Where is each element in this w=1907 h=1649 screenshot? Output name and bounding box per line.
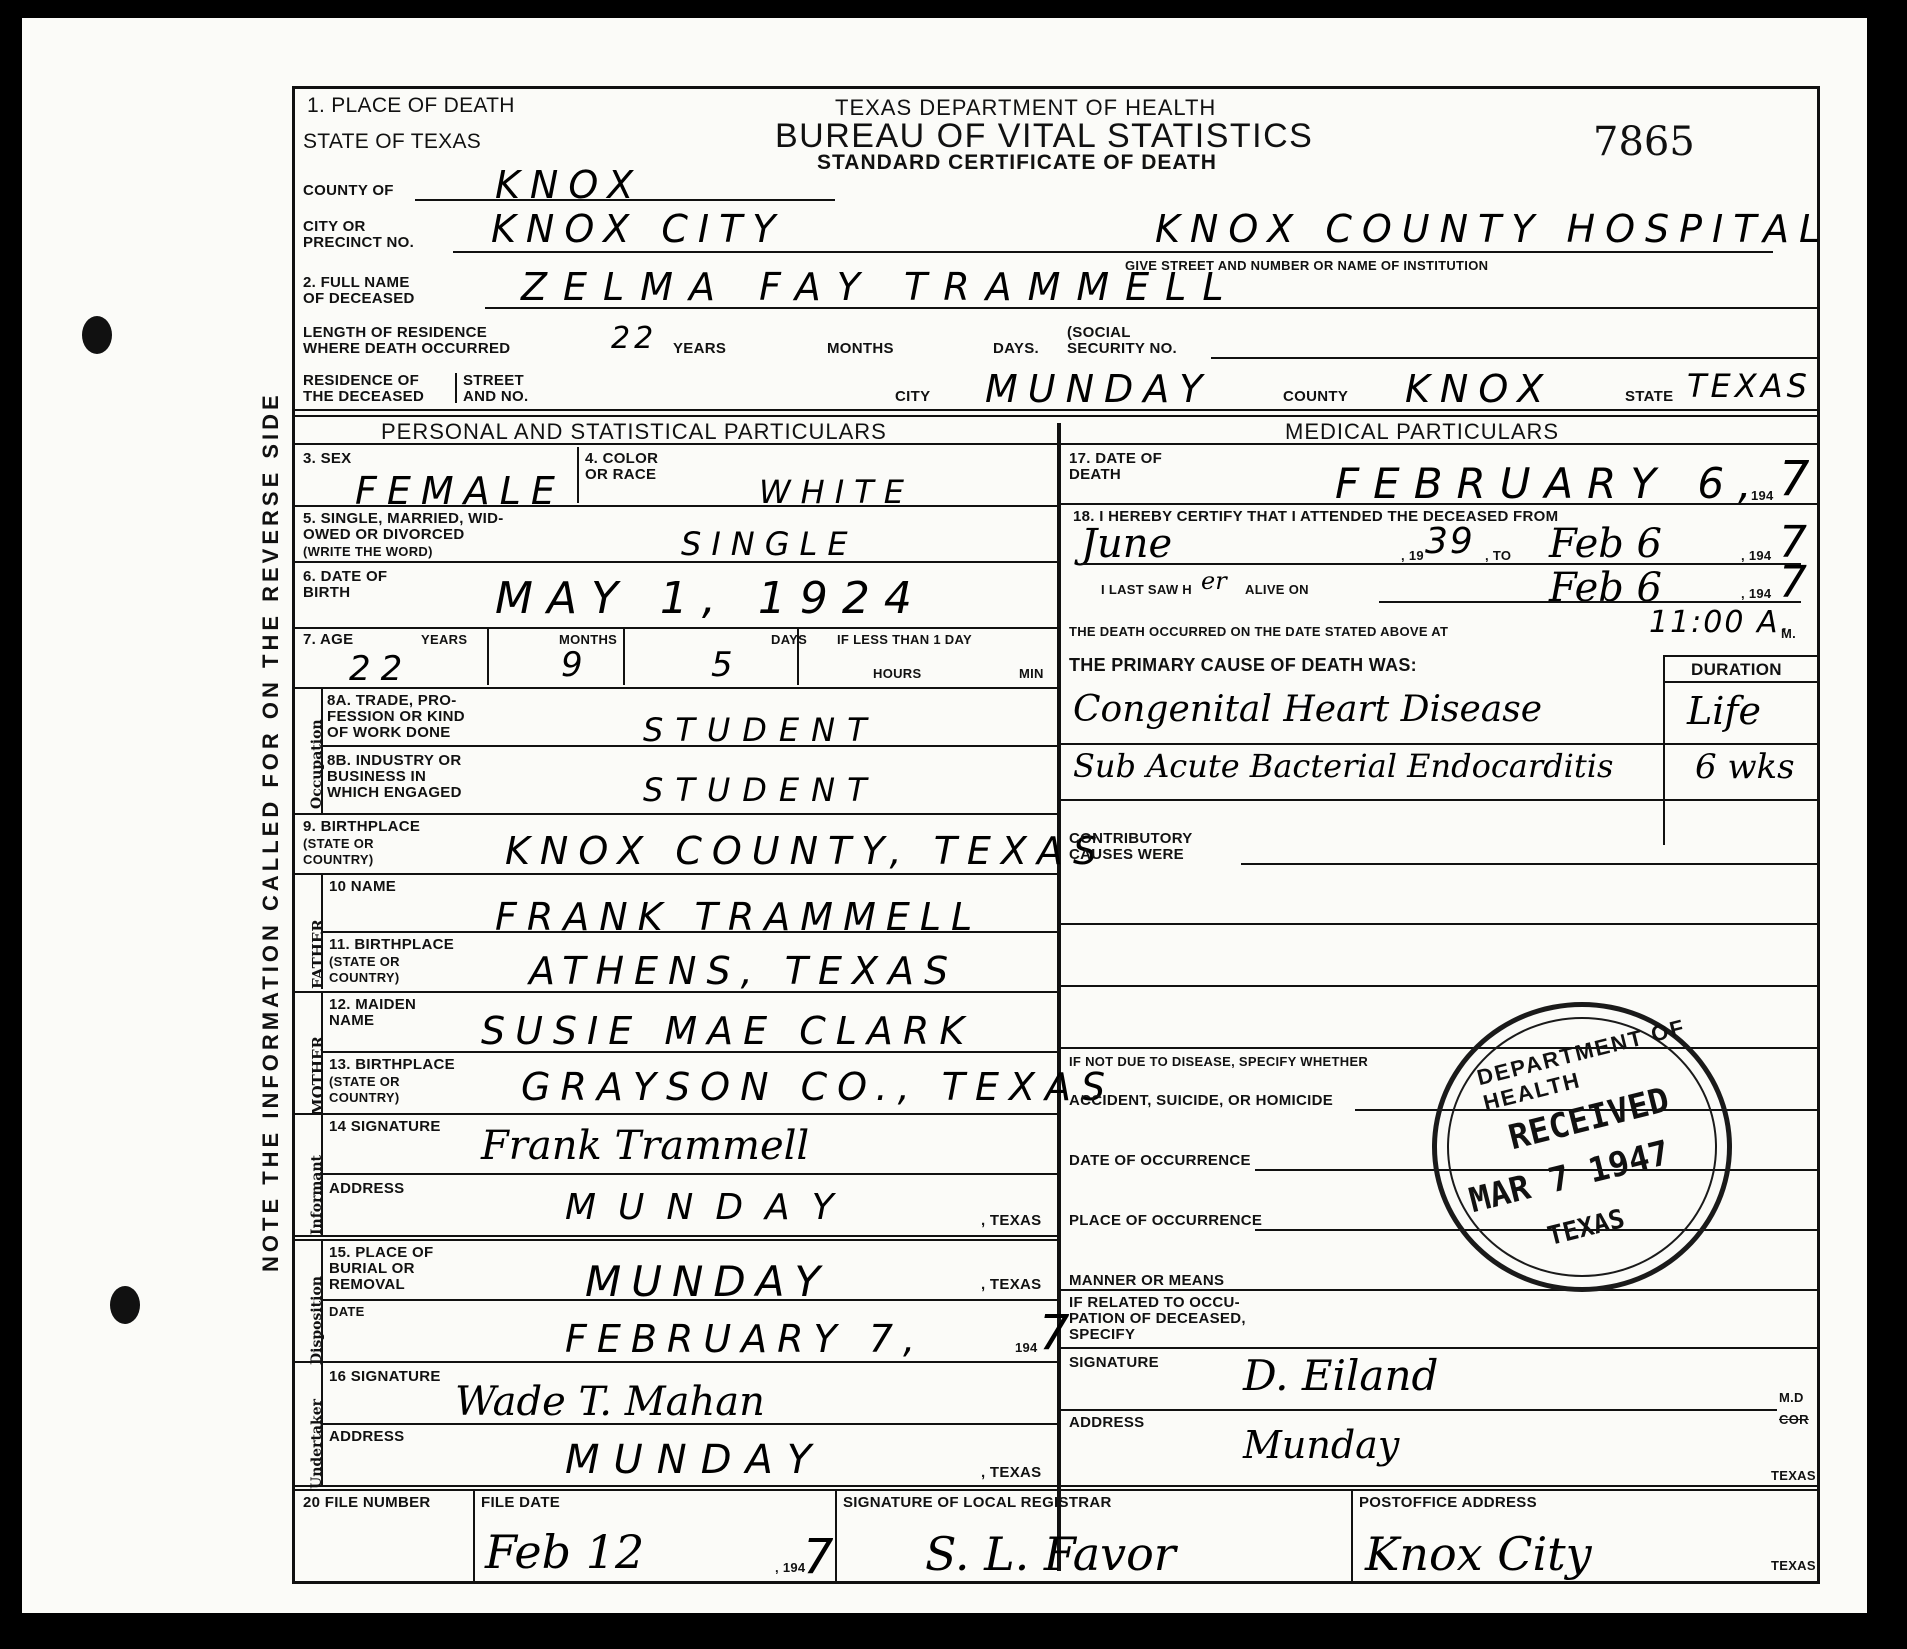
industry-label-3: WHICH ENGAGED [327,785,462,801]
father-birthplace-label-1: 11. BIRTHPLACE [329,937,454,953]
father-birthplace-value: ATHENS, TEXAS [529,949,958,993]
informant-address-value: MUNDAY [565,1187,856,1228]
industry-label-2: BUSINESS IN [327,769,426,785]
residence-state-value: TEXAS [1687,367,1811,405]
physician-address-value: Munday [1243,1423,1399,1467]
trade-label-2: FESSION OR KIND [327,709,465,725]
personal-section-title: PERSONAL AND STATISTICAL PARTICULARS [381,419,887,445]
age-years-label: YEARS [421,633,467,647]
dod-value: FEBRUARY 6, [1335,459,1765,508]
postoffice-value: Knox City [1365,1527,1592,1581]
accident-label: ACCIDENT, SUICIDE, OR HOMICIDE [1069,1093,1333,1109]
mother-birthplace-value: GRAYSON CO., TEXAS [521,1065,1115,1109]
mother-name-value: SUSIE MAE CLARK [481,1009,974,1053]
file-number-label: 20 FILE NUMBER [303,1495,431,1511]
residence-state-label: STATE [1625,389,1673,405]
md-label: M.D [1779,1391,1804,1405]
industry-label-1: 8B. INDUSTRY OR [327,753,462,769]
days-label: DAYS. [993,341,1039,357]
certificate-number: 7865 [1593,119,1695,165]
burial-date-label: DATE [329,1305,365,1319]
less-than-day-label: IF LESS THAN 1 DAY [837,633,972,647]
dod-year-prefix: 194 [1751,489,1774,503]
last-saw-year-prefix: , 194 [1741,587,1771,601]
race-label-1: 4. COLOR [585,451,658,467]
street-label-1: STREET [463,373,524,389]
hours-label: HOURS [873,667,921,681]
occurrence-place-label: PLACE OF OCCURRENCE [1069,1213,1262,1229]
age-months-value: 9 [561,645,593,685]
dod-label-1: 17. DATE OF [1069,451,1162,467]
occupation-related-label-3: SPECIFY [1069,1327,1135,1343]
manner-label: MANNER OR MEANS [1069,1273,1224,1289]
state-of-texas-label: STATE OF TEXAS [303,133,481,150]
dod-year-suffix: 7 [1779,451,1810,507]
undertaker-address-value: MUNDAY [565,1437,825,1483]
burial-label-1: 15. PLACE OF [329,1245,433,1261]
cor-label: COR [1779,1413,1809,1427]
mother-name-label-2: NAME [329,1013,374,1029]
birthplace-label-3: COUNTRY) [303,853,374,867]
attended-to-year-prefix: , 194 [1741,549,1771,563]
ssn-label-2: SECURITY NO. [1067,341,1177,357]
file-year-prefix: , 194 [775,1561,805,1575]
primary-cause-label: THE PRIMARY CAUSE OF DEATH WAS: [1069,657,1417,674]
father-tab: FATHER [309,919,327,989]
age-years-value: 22 [349,649,412,689]
dob-label-2: BIRTH [303,585,350,601]
birthplace-label-1: 9. BIRTHPLACE [303,819,420,835]
mother-birthplace-label-2: (STATE OR [329,1075,400,1089]
ssn-label-1: (SOCIAL [1067,325,1131,341]
sex-label: 3. SEX [303,451,352,467]
full-name-label-2: OF DECEASED [303,291,415,307]
city-of-death-value: KNOX CITY [491,207,786,251]
contributory-label-1: CONTRIBUTORY [1069,831,1193,847]
column-divider [1057,423,1061,1571]
institution-value: KNOX COUNTY HOSPITAL [1155,207,1830,251]
trade-label-3: OF WORK DONE [327,725,451,741]
deceased-full-name-value: ZELMA FAY TRAMMELL [521,265,1240,309]
burial-date-value: FEBRUARY 7, [565,1317,925,1361]
occurrence-date-label: DATE OF OCCURRENCE [1069,1153,1251,1169]
physician-address-label: ADDRESS [1069,1415,1144,1431]
attended-from-value: June [1081,521,1172,567]
death-certificate-form: 1. PLACE OF DEATH STATE OF TEXAS TEXAS D… [292,86,1820,1584]
primary-cause-2-value: Sub Acute Bacterial Endocarditis [1073,747,1613,785]
primary-cause-1-value: Congenital Heart Disease [1073,689,1542,730]
informant-state-label: , TEXAS [981,1213,1041,1229]
dod-label-2: DEATH [1069,467,1121,483]
punch-hole-top [82,316,112,354]
place-of-death-label: 1. PLACE OF DEATH [307,97,515,114]
duration-2-value: 6 wks [1695,747,1795,787]
last-saw-label-1: I LAST SAW H [1101,583,1192,597]
undertaker-state-label: , TEXAS [981,1465,1041,1481]
city-label-2: PRECINCT NO. [303,235,414,251]
time-of-death-label: THE DEATH OCCURRED ON THE DATE STATED AB… [1069,625,1448,639]
residence-label-2: THE DECEASED [303,389,424,405]
occupation-related-label-1: IF RELATED TO OCCU- [1069,1295,1240,1311]
postoffice-state-label: TEXAS [1771,1559,1816,1573]
months-label: MONTHS [827,341,894,357]
burial-year-suffix: 7 [1039,1305,1070,1361]
residence-label-1: RESIDENCE OF [303,373,419,389]
street-label-2: AND NO. [463,389,528,405]
mother-name-label-1: 12. MAIDEN [329,997,416,1013]
burial-state-label: , TEXAS [981,1277,1041,1293]
time-of-death-value: 11:00 A. [1649,605,1792,640]
residence-county-label: COUNTY [1283,389,1348,405]
informant-signature-value: Frank Trammell [481,1123,809,1169]
time-suffix: M. [1781,627,1796,641]
registrar-signature-value: S. L. Favor [925,1527,1176,1581]
duration-label: DURATION [1691,661,1782,678]
dob-label-1: 6. DATE OF [303,569,387,585]
undertaker-signature-value: Wade T. Mahan [455,1379,765,1425]
burial-year-prefix: 194 [1015,1341,1038,1355]
undertaker-address-label: ADDRESS [329,1429,404,1445]
residence-years-value: 22 [611,321,657,356]
trade-value: STUDENT [643,711,879,749]
medical-section-title: MEDICAL PARTICULARS [1285,419,1559,445]
attended-from-year-prefix: , 19 [1401,549,1424,563]
not-disease-label: IF NOT DUE TO DISEASE, SPECIFY WHETHER [1069,1055,1368,1069]
residence-county-value: KNOX [1405,367,1553,411]
punch-hole-bottom [110,1286,140,1324]
attended-to-value: Feb 6 [1549,521,1662,567]
father-name-label: 10 NAME [329,879,396,895]
industry-value: STUDENT [643,771,879,809]
reverse-side-note: NOTE THE INFORMATION CALLED FOR ON THE R… [258,391,284,1272]
informant-signature-label: 14 SIGNATURE [329,1119,441,1135]
birthplace-value: KNOX COUNTY, TEXAS [505,829,1107,873]
years-label: YEARS [673,341,726,357]
attended-from-year-value: 39 [1425,521,1475,562]
registrar-label: SIGNATURE OF LOCAL REGISTRAR [843,1495,1112,1511]
dob-value: MAY 1, 1924 [495,573,926,624]
burial-label-3: REMOVAL [329,1277,405,1293]
mother-tab: MOTHER [309,1036,327,1115]
received-stamp: DEPARTMENT OF HEALTH RECEIVED MAR 7 1947… [1432,1002,1732,1292]
last-saw-date-value: Feb 6 [1549,565,1662,611]
residence-length-label-1: LENGTH OF RESIDENCE [303,325,487,341]
file-date-value: Feb 12 [485,1525,644,1579]
undertaker-signature-label: 16 SIGNATURE [329,1369,441,1385]
marital-status-value: SINGLE [681,525,858,563]
race-label-2: OR RACE [585,467,656,483]
residence-length-label-2: WHERE DEATH OCCURRED [303,341,510,357]
age-days-value: 5 [711,645,743,685]
burial-label-2: BURIAL OR [329,1261,415,1277]
marital-label-2: OWED OR DIVORCED [303,527,464,543]
full-name-label-1: 2. FULL NAME [303,275,410,291]
last-saw-pronoun: er [1201,567,1227,595]
postoffice-label: POSTOFFICE ADDRESS [1359,1495,1537,1511]
county-of-label: COUNTY OF [303,183,394,199]
mother-birthplace-label-3: COUNTRY) [329,1091,400,1105]
marital-label-1: 5. SINGLE, MARRIED, WID- [303,511,504,527]
duration-1-value: Life [1687,689,1761,733]
birthplace-label-2: (STATE OR [303,837,374,851]
min-label: MIN [1019,667,1044,681]
file-date-label: FILE DATE [481,1495,560,1511]
father-birthplace-label-2: (STATE OR [329,955,400,969]
age-label: 7. AGE [303,633,353,647]
city-label-1: CITY OR [303,219,366,235]
trade-label-1: 8A. TRADE, PRO- [327,693,457,709]
mother-birthplace-label-1: 13. BIRTHPLACE [329,1057,455,1073]
informant-address-label: ADDRESS [329,1181,404,1197]
physician-signature-label: SIGNATURE [1069,1355,1159,1371]
physician-state-label: TEXAS [1771,1469,1816,1483]
residence-city-label: CITY [895,389,930,405]
contributory-label-2: CAUSES WERE [1069,847,1184,863]
age-days-label: DAYS [771,633,807,647]
occupation-related-label-2: PATION OF DECEASED, [1069,1311,1246,1327]
file-year-value: 7 [803,1529,834,1585]
marital-label-3: (WRITE THE WORD) [303,545,433,559]
physician-signature-value: D. Eiland [1243,1351,1438,1400]
to-label: , TO [1485,549,1511,563]
form-title: STANDARD CERTIFICATE OF DEATH [817,151,1217,175]
father-birthplace-label-3: COUNTRY) [329,971,400,985]
last-saw-label-2: ALIVE ON [1245,583,1309,597]
residence-city-value: MUNDAY [985,367,1213,411]
